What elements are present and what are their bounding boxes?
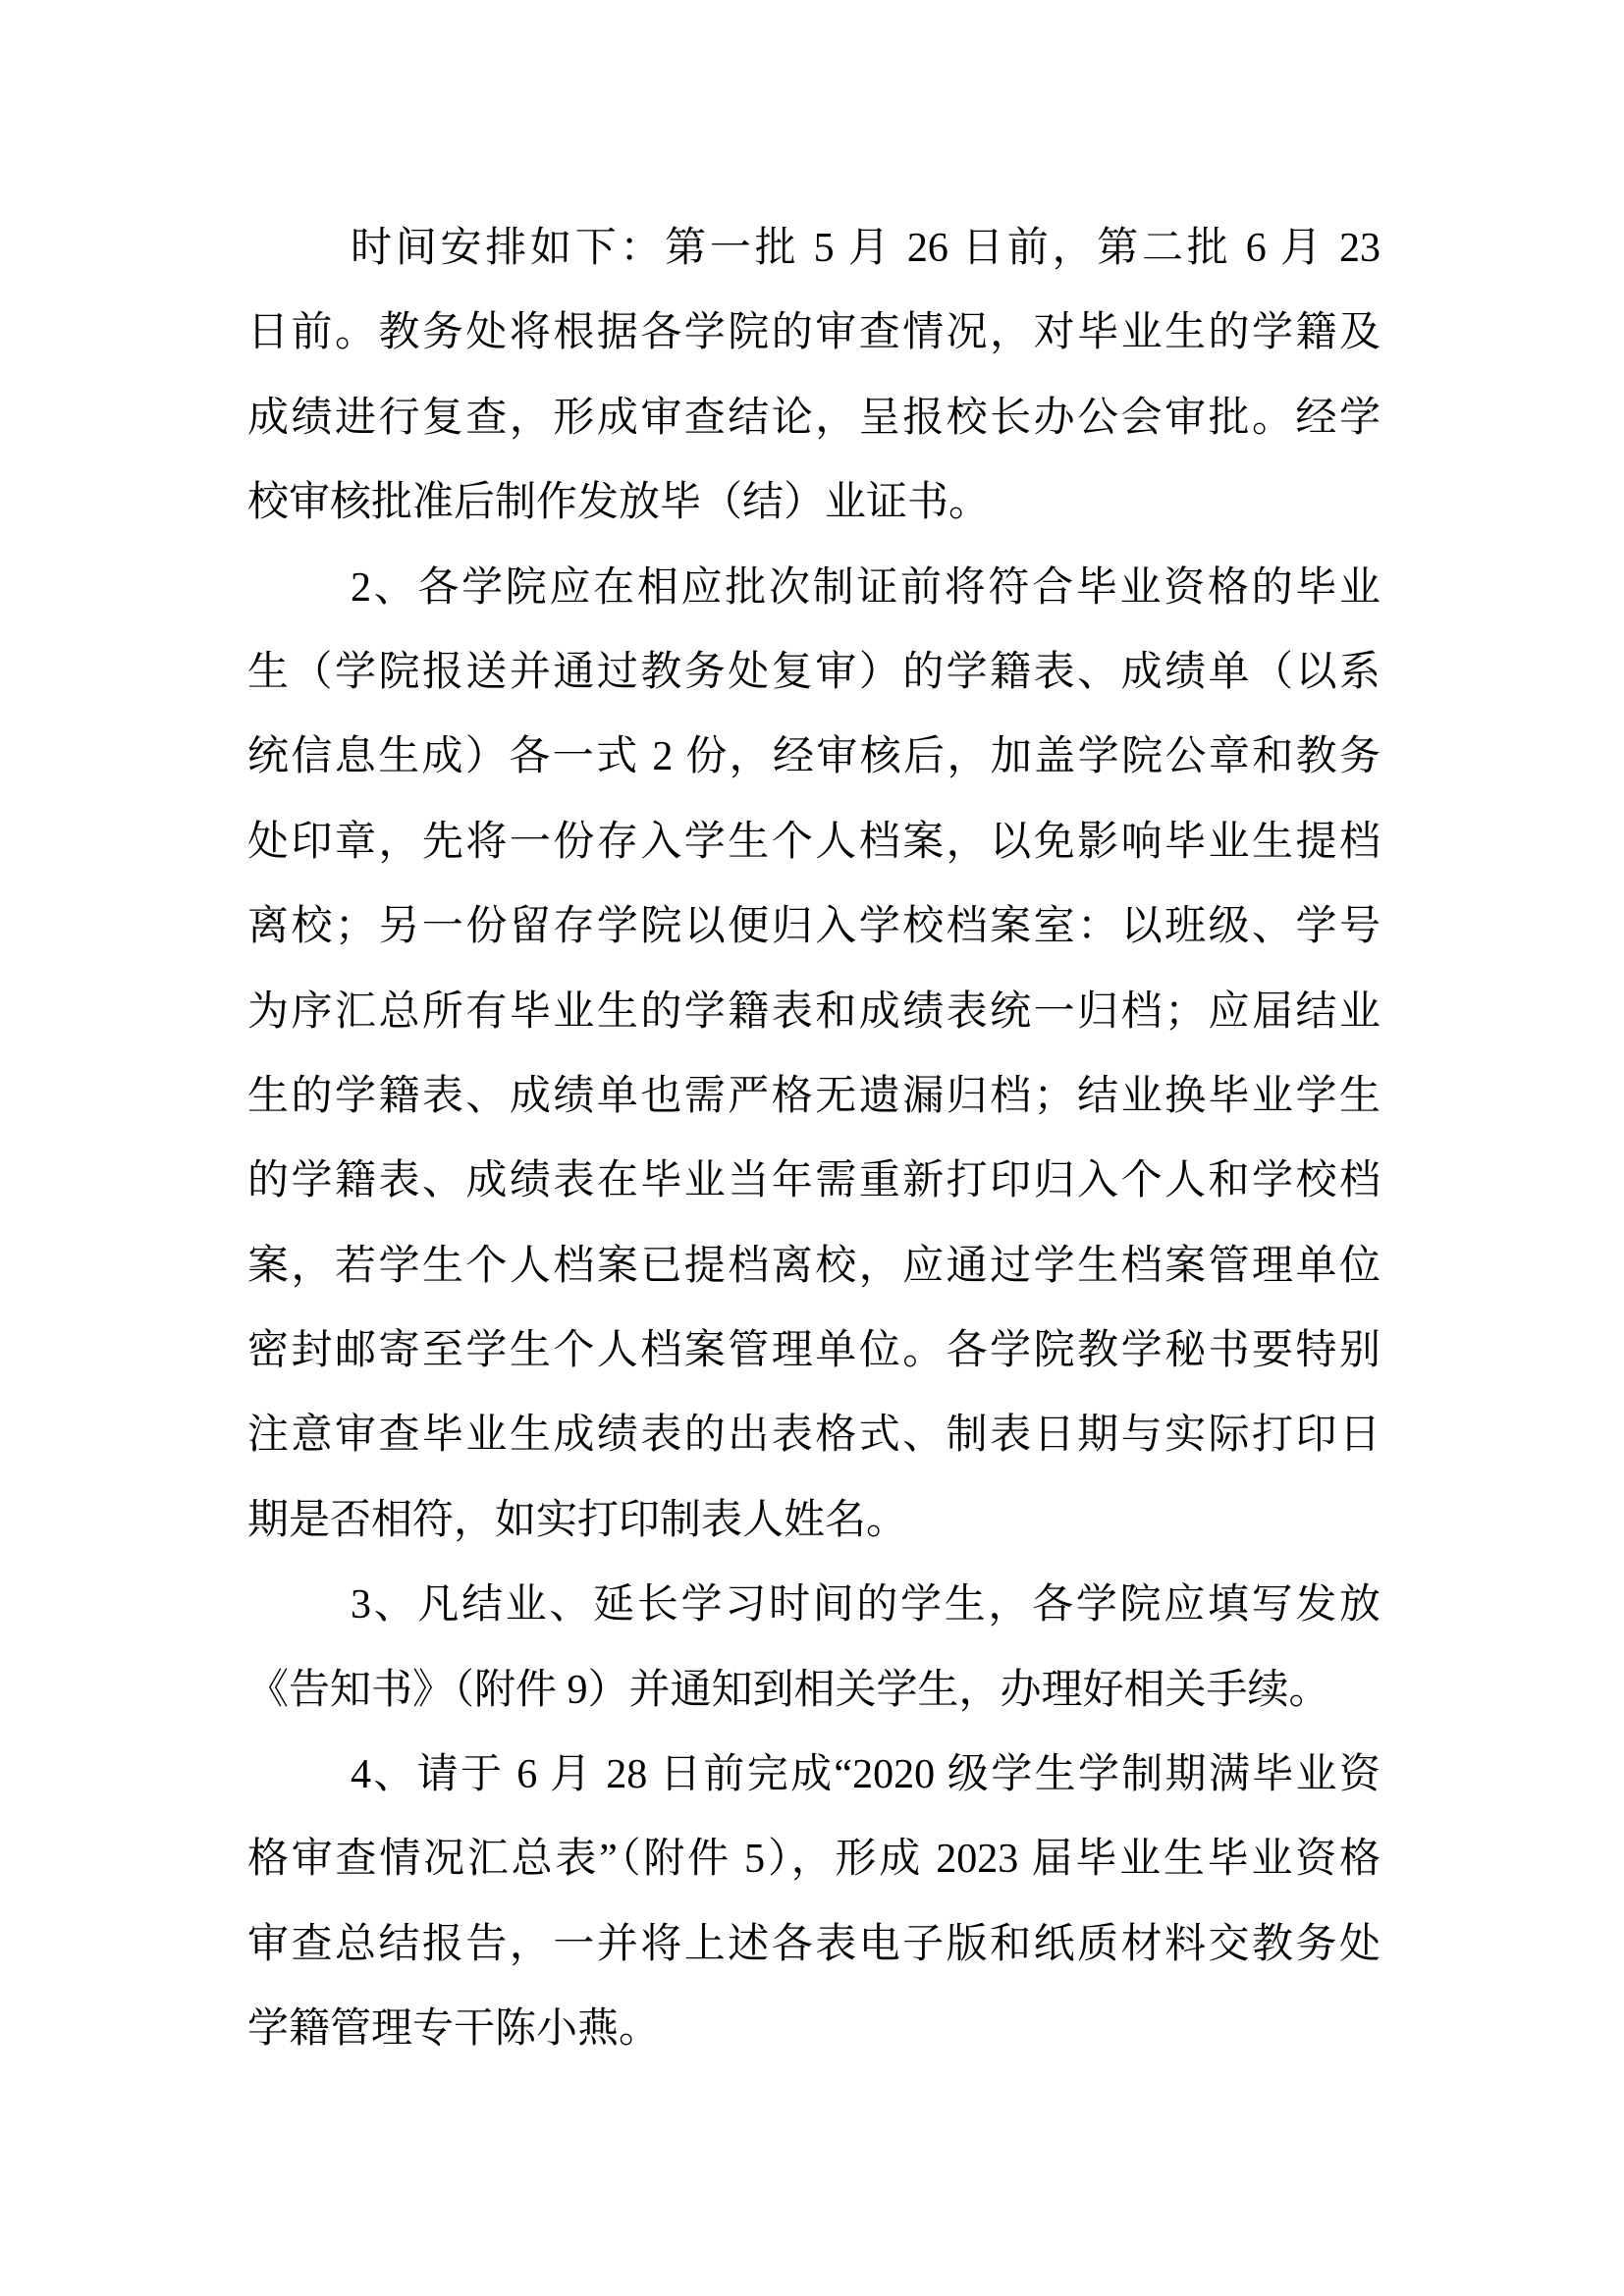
- text-line: 案，若学生个人档案已提档离校，应通过学生档案管理单位: [247, 1224, 1380, 1308]
- text-line: 生（学院报送并通过教务处复审）的学籍表、成绩单（以系: [247, 630, 1380, 715]
- text-line: 《告知书》（附件 9）并通知到相关学生，办理好相关手续。: [247, 1648, 1380, 1733]
- text-line: 期是否相符，如实打印制表人姓名。: [247, 1478, 1380, 1563]
- text-line: 的学籍表、成绩表在毕业当年需重新打印归入个人和学校档: [247, 1139, 1380, 1223]
- text-line: 学籍管理专干陈小燕。: [247, 1987, 1380, 2071]
- text-line: 成绩进行复查，形成审查结论，呈报校长办公会审批。经学: [247, 376, 1380, 460]
- text-line: 4、请于 6 月 28 日前完成“2020 级学生学制期满毕业资: [247, 1733, 1380, 1817]
- text-line: 注意审查毕业生成绩表的出表格式、制表日期与实际打印日: [247, 1393, 1380, 1477]
- text-line: 时间安排如下：第一批 5 月 26 日前，第二批 6 月 23: [247, 206, 1380, 291]
- text-line: 处印章，先将一份存入学生个人档案，以免影响毕业生提档: [247, 800, 1380, 884]
- paragraph: 时间安排如下：第一批 5 月 26 日前，第二批 6 月 23日前。教务处将根据…: [247, 206, 1380, 546]
- document-body: 时间安排如下：第一批 5 月 26 日前，第二批 6 月 23日前。教务处将根据…: [247, 206, 1380, 2072]
- paragraph: 3、凡结业、延长学习时间的学生，各学院应填写发放《告知书》（附件 9）并通知到相…: [247, 1563, 1380, 1733]
- text-line: 审查总结报告，一并将上述各表电子版和纸质材料交教务处: [247, 1902, 1380, 1987]
- text-line: 3、凡结业、延长学习时间的学生，各学院应填写发放: [247, 1563, 1380, 1647]
- text-line: 生的学籍表、成绩单也需严格无遗漏归档；结业换毕业学生: [247, 1054, 1380, 1139]
- text-line: 为序汇总所有毕业生的学籍表和成绩表统一归档；应届结业: [247, 970, 1380, 1054]
- text-line: 2、各学院应在相应批次制证前将符合毕业资格的毕业: [247, 546, 1380, 630]
- document-page: 时间安排如下：第一批 5 月 26 日前，第二批 6 月 23日前。教务处将根据…: [0, 0, 1624, 2296]
- text-line: 统信息生成）各一式 2 份，经审核后，加盖学院公章和教务: [247, 715, 1380, 799]
- text-line: 日前。教务处将根据各学院的审查情况，对毕业生的学籍及: [247, 291, 1380, 375]
- paragraph: 2、各学院应在相应批次制证前将符合毕业资格的毕业生（学院报送并通过教务处复审）的…: [247, 546, 1380, 1564]
- text-line: 格审查情况汇总表”（附件 5），形成 2023 届毕业生毕业资格: [247, 1817, 1380, 1901]
- text-line: 密封邮寄至学生个人档案管理单位。各学院教学秘书要特别: [247, 1308, 1380, 1393]
- text-line: 校审核批准后制作发放毕（结）业证书。: [247, 460, 1380, 545]
- text-line: 离校；另一份留存学院以便归入学校档案室：以班级、学号: [247, 884, 1380, 969]
- paragraph: 4、请于 6 月 28 日前完成“2020 级学生学制期满毕业资格审查情况汇总表…: [247, 1733, 1380, 2072]
